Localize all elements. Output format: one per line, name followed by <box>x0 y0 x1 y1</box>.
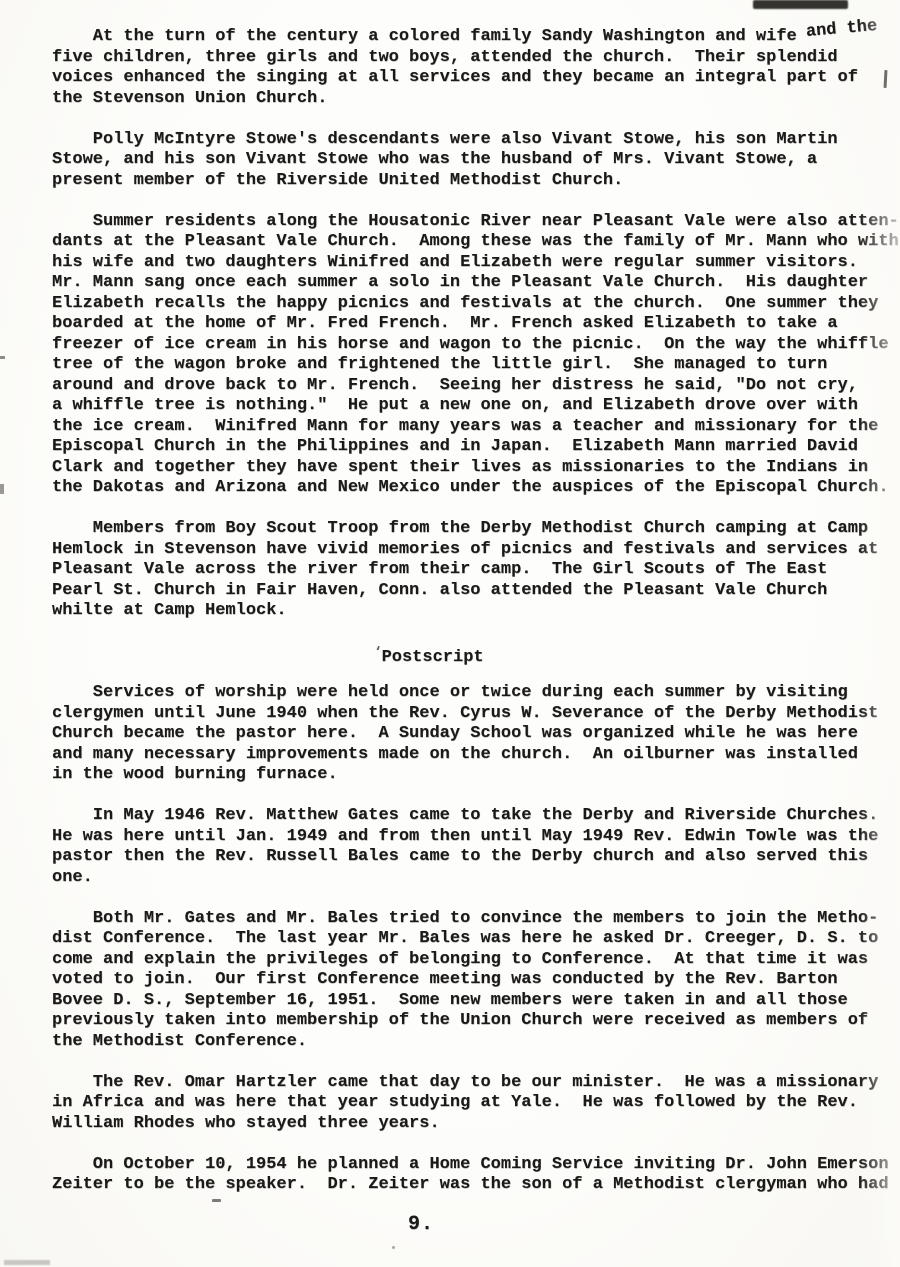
text-line: Services of worship were held once or tw… <box>52 683 900 704</box>
paragraph: The Rev. Omar Hartzler came that day to … <box>52 1073 900 1135</box>
text-line: the Dakotas and Arizona and New Mexico u… <box>52 478 900 499</box>
text-line: voices enhanced the singing at all servi… <box>52 68 900 89</box>
text-line: and many necessary improvements made on … <box>52 745 900 766</box>
text-line: dants at the Pleasant Vale Church. Among… <box>52 232 900 253</box>
text-line: On October 10, 1954 he planned a Home Co… <box>52 1155 900 1176</box>
scan-patch-bottom-left-icon <box>4 1260 50 1265</box>
text-line: around and drove back to Mr. French. See… <box>52 376 900 397</box>
text-line: voted to join. Our first Conference meet… <box>52 970 900 991</box>
text-line: In May 1946 Rev. Matthew Gates came to t… <box>52 806 900 827</box>
text-line: in Africa and was here that year studyin… <box>52 1093 900 1114</box>
text-line: Pleasant Vale across the river from thei… <box>52 560 900 581</box>
text-line: clergymen until June 1940 when the Rev. … <box>52 704 900 725</box>
text-line: freezer of ice cream in his horse and wa… <box>52 335 900 356</box>
text-line: the Methodist Conference. <box>52 1032 900 1053</box>
paragraph: On October 10, 1954 he planned a Home Co… <box>52 1155 900 1196</box>
paragraph: At the turn of the century a colored fam… <box>52 27 900 109</box>
text-line: five children, three girls and two boys,… <box>52 48 900 69</box>
text-line: Church became the pastor here. A Sunday … <box>52 724 900 745</box>
text-line: pastor then the Rev. Russell Bales came … <box>52 847 900 868</box>
text-line: Both Mr. Gates and Mr. Bales tried to co… <box>52 909 900 930</box>
raised-text-tail: and the <box>805 17 878 44</box>
text-line: Stowe, and his son Vivant Stowe who was … <box>52 150 900 171</box>
text-line: The Rev. Omar Hartzler came that day to … <box>52 1073 900 1094</box>
text-line: the ice cream. Winifred Mann for many ye… <box>52 417 900 438</box>
text-line: Episcopal Church in the Philippines and … <box>52 437 900 458</box>
document-page: At the turn of the century a colored fam… <box>0 0 900 1267</box>
paragraph: Both Mr. Gates and Mr. Bales tried to co… <box>52 909 900 1053</box>
text-line: in the wood burning furnace. <box>52 765 900 786</box>
paragraph: In May 1946 Rev. Matthew Gates came to t… <box>52 806 900 888</box>
section-heading: Postscript <box>52 642 900 663</box>
paragraph: Summer residents along the Housatonic Ri… <box>52 212 900 499</box>
text-line: Hemlock in Stevenson have vivid memories… <box>52 540 900 561</box>
text-line: whilte at Camp Hemlock. <box>52 601 900 622</box>
text-line: Elizabeth recalls the happy picnics and … <box>52 294 900 315</box>
text-line: Members from Boy Scout Troop from the De… <box>52 519 900 540</box>
text-line: Clark and together they have spent their… <box>52 458 900 479</box>
page-number: 9. <box>0 1215 900 1236</box>
text-line: Bovee D. S., September 16, 1951. Some ne… <box>52 991 900 1012</box>
text-line: He was here until Jan. 1949 and from the… <box>52 827 900 848</box>
scan-mark-left-2-icon <box>0 484 4 494</box>
text-line: Zeiter to be the speaker. Dr. Zeiter was… <box>52 1175 900 1196</box>
text-line: present member of the Riverside United M… <box>52 171 900 192</box>
text-line: William Rhodes who stayed three years. <box>52 1114 900 1135</box>
scan-mark-left-1-icon <box>0 356 5 359</box>
text-line-body: At the turn of the century a colored fam… <box>52 27 807 46</box>
text-line: Pearl St. Church in Fair Haven, Conn. al… <box>52 581 900 602</box>
text-line: Mr. Mann sang once each summer a solo in… <box>52 273 900 294</box>
scan-speck-2-icon <box>392 1246 395 1249</box>
document-body: At the turn of the century a colored fam… <box>52 27 900 1216</box>
text-line: Summer residents along the Housatonic Ri… <box>52 212 900 233</box>
text-line: his wife and two daughters Winifred and … <box>52 253 900 274</box>
text-line: At the turn of the century a colored fam… <box>52 27 900 48</box>
text-line: the Stevenson Union Church. <box>52 89 900 110</box>
text-line: boarded at the home of Mr. Fred French. … <box>52 314 900 335</box>
paragraph: Services of worship were held once or tw… <box>52 683 900 786</box>
scan-smudge-top-icon <box>753 0 848 9</box>
paragraph: Polly McIntyre Stowe's descendants were … <box>52 130 900 192</box>
text-line: one. <box>52 868 900 889</box>
text-line: Polly McIntyre Stowe's descendants were … <box>52 130 900 151</box>
text-line: a whiffle tree is nothing." He put a new… <box>52 396 900 417</box>
text-line: dist Conference. The last year Mr. Bales… <box>52 929 900 950</box>
text-line: come and explain the privileges of belon… <box>52 950 900 971</box>
text-line: previously taken into membership of the … <box>52 1011 900 1032</box>
text-line: tree of the wagon broke and frightened t… <box>52 355 900 376</box>
paragraph: Members from Boy Scout Troop from the De… <box>52 519 900 622</box>
